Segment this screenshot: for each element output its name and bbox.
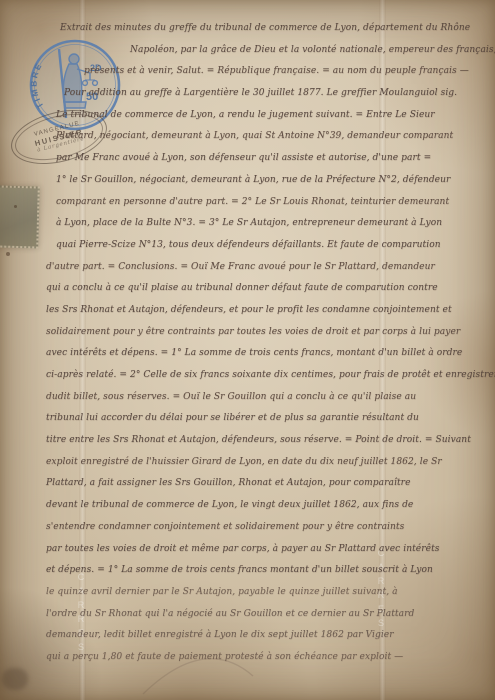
manuscript-line: ci-après relaté. = 2° Celle de six franc… — [46, 365, 483, 387]
manuscript-line: Extrait des minutes du greffe du tribuna… — [60, 18, 483, 40]
manuscript-page: CARRES CARRES 2D 50 TIMBRE VANGEALUE HUI… — [0, 0, 495, 700]
manuscript-line: quai Pierre-Scize N°13, tous deux défend… — [56, 235, 483, 257]
manuscript-line: dudit billet, sous réserves. = Ouï le Sr… — [46, 387, 483, 409]
manuscript-line: Napoléon, par la grâce de Dieu et la vol… — [130, 40, 483, 62]
manuscript-line: les Srs Rhonat et Autajon, défendeurs, e… — [46, 300, 483, 322]
manuscript-line: avec intérêts et dépens. = 1° La somme d… — [46, 343, 483, 365]
manuscript-line: demandeur, ledit billet enregistré à Lyo… — [46, 625, 483, 647]
manuscript-line: exploit enregistré de l'huissier Girard … — [46, 452, 483, 474]
manuscript-line: Le tribunal de commerce de Lyon, a rendu… — [56, 105, 483, 127]
manuscript-line: Pour addition au greffe à Largentière le… — [64, 83, 483, 105]
manuscript-text: Extrait des minutes du greffe du tribuna… — [0, 0, 495, 700]
manuscript-line: devant le tribunal de commerce de Lyon, … — [46, 495, 483, 517]
manuscript-line: 1° le Sr Gouillon, négociant, demeurant … — [56, 170, 483, 192]
manuscript-line: Plattard, a fait assigner les Srs Gouill… — [46, 473, 483, 495]
manuscript-line: s'entendre condamner conjointement et so… — [46, 517, 483, 539]
manuscript-line: par toutes les voies de droit et même pa… — [46, 539, 483, 561]
manuscript-line: qui a conclu à ce qu'il plaise au tribun… — [46, 278, 483, 300]
manuscript-line: titre entre les Srs Rhonat et Autajon, d… — [46, 430, 483, 452]
manuscript-line: par Me Franc avoué à Lyon, son défenseur… — [56, 148, 483, 170]
manuscript-line: d'autre part. = Conclusions. = Ouï Me Fr… — [46, 257, 483, 279]
manuscript-line: l'ordre du Sr Rhonat qui l'a négocié au … — [46, 604, 483, 626]
manuscript-line: à Lyon, place de la Bulte N°3. = 3° Le S… — [56, 213, 483, 235]
manuscript-line: le quinze avril dernier par le Sr Autajo… — [46, 582, 483, 604]
manuscript-line: Plattard, négociant, demeurant à Lyon, q… — [56, 126, 483, 148]
manuscript-line: solidairement pour y être contraints par… — [46, 322, 483, 344]
manuscript-line: et dépens. = 1° La somme de trois cents … — [46, 560, 483, 582]
manuscript-line: comparant en personne d'autre part. = 2°… — [56, 192, 483, 214]
manuscript-line: présents et à venir, Salut. = République… — [84, 61, 483, 83]
manuscript-line: tribunal lui accorder du délai pour se l… — [46, 408, 483, 430]
manuscript-line: qui a perçu 1,80 et faute de paiement pr… — [46, 647, 483, 669]
